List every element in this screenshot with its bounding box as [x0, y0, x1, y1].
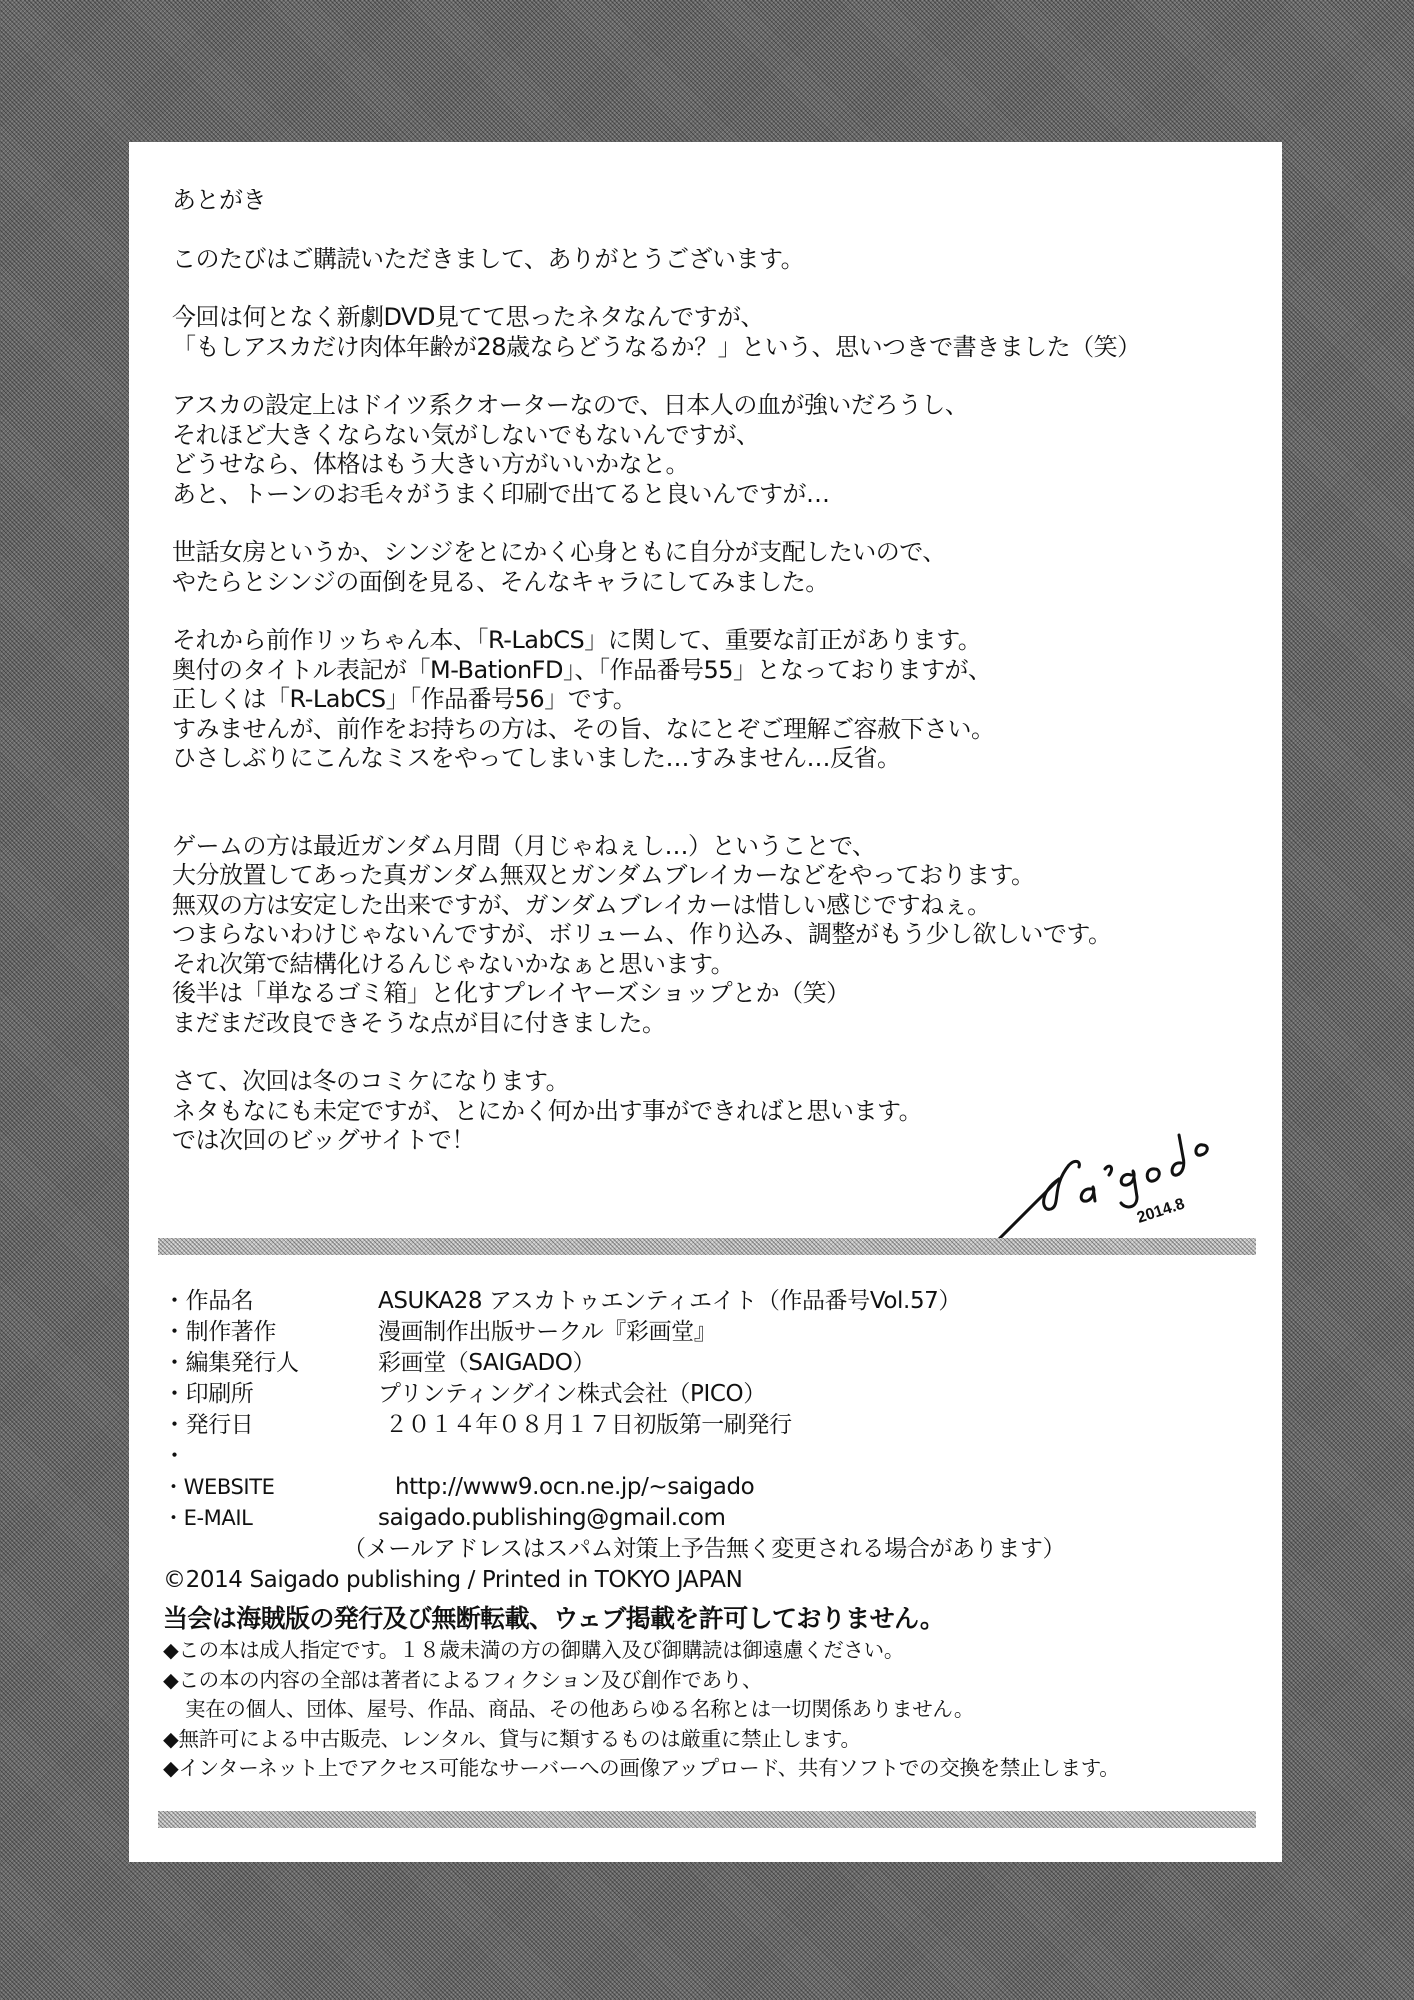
paragraph-line: まだまだ改良できそうな点が目に付きました。 — [172, 1009, 666, 1037]
afterword-title: あとがき — [172, 186, 1252, 216]
paragraph-line: すみませんが、前作をお持ちの方は、その旨、なにとぞご理解ご容赦下さい。 — [172, 715, 995, 743]
paragraph-line: では次回のビッグサイトで！ — [172, 1126, 475, 1154]
colophon-label: ・E-MAIL — [163, 1503, 378, 1534]
colophon-label: ・制作著作 — [163, 1317, 378, 1348]
paragraph-line: ネタもなにも未定ですが、とにかく何か出す事ができればと思います。 — [172, 1097, 922, 1125]
colophon-value: 漫画制作出版サークル『彩画堂』 — [378, 1317, 716, 1348]
piracy-notice: 当会は海賊版の発行及び無断転載、ウェブ掲載を許可しておりません。 — [163, 1602, 1263, 1636]
paragraph-line: このたびはご購読いただきまして、ありがとうございます。 — [172, 245, 804, 273]
rule-item-continued: 実在の個人、団体、屋号、作品、商品、その他あらゆる名称とは一切関係ありません。 — [163, 1695, 1263, 1725]
paragraph-line: 無双の方は安定した出来ですが、ガンダムブレイカーは惜しい感じですねぇ。 — [172, 891, 991, 919]
colophon-row-producer: ・制作著作 漫画制作出版サークル『彩画堂』 — [163, 1317, 1263, 1348]
rule-item: ◆この本の内容の全部は著者によるフィクション及び創作であり、 — [163, 1666, 1263, 1696]
afterword-paragraph-6: ゲームの方は最近ガンダム月間（月じゃねぇし…）ということで、 大分放置してあった… — [172, 832, 1252, 1039]
website-link[interactable]: http://www9.ocn.ne.jp/~saigado — [378, 1472, 754, 1503]
afterword-paragraph-1: このたびはご購読いただきまして、ありがとうございます。 — [172, 245, 1252, 275]
afterword-page: あとがき このたびはご購読いただきまして、ありがとうございます。 今回は何となく… — [129, 142, 1282, 1862]
paragraph-line: ゲームの方は最近ガンダム月間（月じゃねぇし…）ということで、 — [172, 832, 876, 860]
paragraph-line: どうせなら、体格はもう大きい方がいいかなと。 — [172, 450, 689, 478]
colophon-row-printer: ・印刷所 プリンティングイン株式会社（PICO） — [163, 1379, 1263, 1410]
afterword-section: あとがき このたびはご購読いただきまして、ありがとうございます。 今回は何となく… — [172, 186, 1252, 1185]
separator-bar — [158, 1811, 1256, 1828]
colophon-row-title: ・作品名 ASUKA28 アスカトゥエンティエイト（作品番号Vol.57） — [163, 1286, 1263, 1317]
colophon-label: ・作品名 — [163, 1286, 378, 1317]
paragraph-line: アスカの設定上はドイツ系クオーターなので、日本人の血が強いだろうし、 — [172, 391, 968, 419]
paragraph-line: 大分放置してあった真ガンダム無双とガンダムブレイカーなどをやっております。 — [172, 861, 1035, 889]
afterword-paragraph-2: 今回は何となく新劇DVD見てて思ったネタなんですが、 「もしアスカだけ肉体年齢が… — [172, 303, 1252, 362]
paragraph-line: 「もしアスカだけ肉体年齢が28歳ならどうなるか？」という、思いつきで書きました（… — [172, 333, 1141, 361]
colophon-label: ・ — [163, 1441, 378, 1472]
email-note: （メールアドレスはスパム対策上予告無く変更される場合があります） — [163, 1534, 1263, 1565]
paragraph-line: それほど大きくならない気がしないでもないんですが、 — [172, 421, 760, 449]
rule-item: ◆無許可による中古販売、レンタル、貸与に類するものは厳重に禁止します。 — [163, 1725, 1263, 1755]
afterword-paragraph-3: アスカの設定上はドイツ系クオーターなので、日本人の血が強いだろうし、 それほど大… — [172, 391, 1252, 509]
colophon-row-blank: ・ — [163, 1441, 1263, 1472]
colophon-label: ・編集発行人 — [163, 1348, 378, 1379]
paragraph-line: ひさしぶりにこんなミスをやってしまいました…すみません…反省。 — [172, 744, 901, 772]
colophon-value: ASUKA28 アスカトゥエンティエイト（作品番号Vol.57） — [378, 1286, 961, 1317]
afterword-paragraph-5: それから前作リッちゃん本、「R-LabCS」に関して、重要な訂正があります。 奥… — [172, 626, 1252, 774]
paragraph-line: やたらとシンジの面倒を見る、そんなキャラにしてみました。 — [172, 568, 829, 596]
email-link[interactable]: saigado.publishing@gmail.com — [378, 1503, 726, 1534]
colophon-section: ・作品名 ASUKA28 アスカトゥエンティエイト（作品番号Vol.57） ・制… — [163, 1286, 1263, 1784]
colophon-label: ・WEBSITE — [163, 1472, 378, 1503]
afterword-paragraph-4: 世話女房というか、シンジをとにかく心身ともに自分が支配したいので、 やたらとシン… — [172, 538, 1252, 597]
colophon-row-publisher: ・編集発行人 彩画堂（SAIGADO） — [163, 1348, 1263, 1379]
colophon-value: 彩画堂（SAIGADO） — [378, 1348, 595, 1379]
paragraph-line: つまらないわけじゃないんですが、ボリューム、作り込み、調整がもう少し欲しいです。 — [172, 920, 1112, 948]
rule-item: ◆インターネット上でアクセス可能なサーバーへの画像アップロード、共有ソフトでの交… — [163, 1754, 1263, 1784]
paragraph-line: 後半は「単なるゴミ箱」と化すプレイヤーズショップとか（笑） — [172, 979, 850, 1007]
colophon-label: ・発行日 — [163, 1410, 378, 1441]
signature-date: 2014.8 — [1135, 1195, 1187, 1226]
colophon-value: プリンティングイン株式会社（PICO） — [378, 1379, 766, 1410]
rules-list: ◆この本は成人指定です。１８歳未満の方の御購入及び御購読は御遠慮ください。 ◆こ… — [163, 1636, 1263, 1784]
colophon-row-date: ・発行日 ２０１４年０８月１７日初版第一刷発行 — [163, 1410, 1263, 1441]
copyright-line: ©2014 Saigado publishing / Printed in TO… — [163, 1565, 1263, 1598]
rule-item: ◆この本は成人指定です。１８歳未満の方の御購入及び御購読は御遠慮ください。 — [163, 1636, 1263, 1666]
paragraph-line: 世話女房というか、シンジをとにかく心身ともに自分が支配したいので、 — [172, 538, 946, 566]
colophon-value: ２０１４年０８月１７日初版第一刷発行 — [378, 1410, 792, 1441]
author-signature: 2014.8 — [989, 1117, 1229, 1247]
paragraph-line: 奥付のタイトル表記が「M-BationFD」、「作品番号55」となっておりますが… — [172, 656, 992, 684]
paragraph-line: それ次第で結構化けるんじゃないかなぁと思います。 — [172, 950, 734, 978]
paragraph-line: あと、トーンのお毛々がうまく印刷で出てると良いんですが… — [172, 480, 830, 508]
colophon-label: ・印刷所 — [163, 1379, 378, 1410]
paragraph-line: さて、次回は冬のコミケになります。 — [172, 1067, 569, 1095]
colophon-row-email: ・E-MAIL saigado.publishing@gmail.com — [163, 1503, 1263, 1534]
colophon-row-website: ・WEBSITE http://www9.ocn.ne.jp/~saigado — [163, 1472, 1263, 1503]
paragraph-line: 正しくは「R-LabCS」「作品番号56」です。 — [172, 685, 636, 713]
paragraph-line: それから前作リッちゃん本、「R-LabCS」に関して、重要な訂正があります。 — [172, 626, 981, 654]
separator-bar — [158, 1238, 1256, 1255]
paragraph-line: 今回は何となく新劇DVD見てて思ったネタなんですが、 — [172, 303, 764, 331]
